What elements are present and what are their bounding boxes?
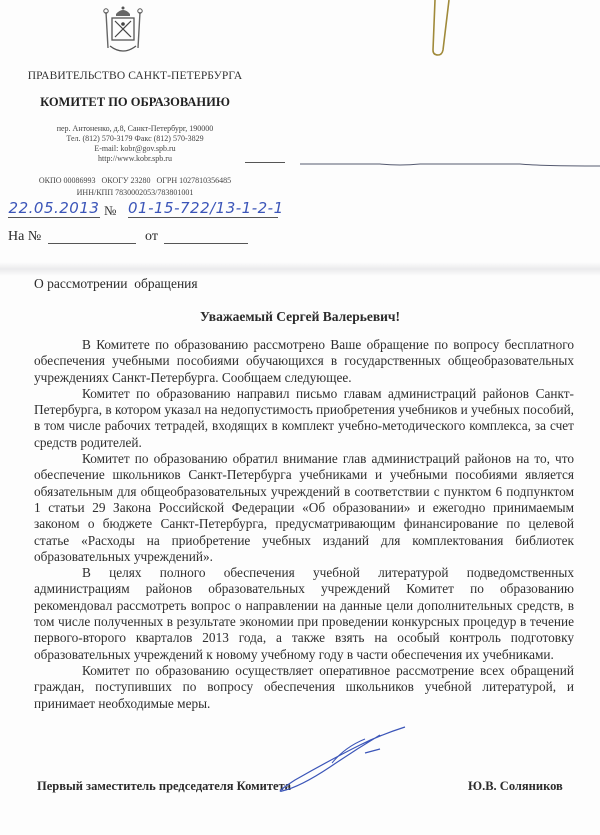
paper-crease bbox=[0, 262, 600, 276]
address: пер. Антоненко, д.8, Санкт-Петербург, 19… bbox=[0, 124, 270, 134]
letter-subject: О рассмотрении обращения bbox=[34, 276, 198, 292]
committee-title: КОМИТЕТ ПО ОБРАЗОВАНИЮ bbox=[0, 95, 270, 110]
paragraph-3: Комитет по образованию обратил внимание … bbox=[34, 451, 574, 565]
paragraph-2: Комитет по образованию направил письмо г… bbox=[34, 386, 574, 451]
outgoing-number: 01-15-722/13-1-2-1 bbox=[128, 199, 278, 218]
paragraph-1: В Комитете по образованию рассмотрено Ва… bbox=[34, 337, 574, 386]
letter-body: В Комитете по образованию рассмотрено Ва… bbox=[34, 337, 574, 712]
paperclip-icon bbox=[430, 0, 452, 56]
paragraph-4: В целях полного обеспечения учебной лите… bbox=[34, 565, 574, 663]
reply-to-number-field bbox=[48, 243, 136, 244]
phone-fax: Тел. (812) 570-3179 Факс (812) 570-3829 bbox=[0, 134, 270, 144]
coat-of-arms-emblem bbox=[98, 4, 148, 56]
reply-to-date-field bbox=[164, 243, 248, 244]
contact-block: пер. Антоненко, д.8, Санкт-Петербург, 19… bbox=[0, 124, 270, 164]
contact-underline bbox=[245, 162, 285, 163]
signatory-position: Первый заместитель председателя Комитета bbox=[37, 779, 291, 794]
handwritten-signature bbox=[270, 725, 420, 795]
paragraph-5: Комитет по образованию осуществляет опер… bbox=[34, 663, 574, 712]
number-sign: № bbox=[104, 203, 116, 219]
outgoing-date: 22.05.2013 bbox=[8, 199, 100, 218]
okpo-okogu-ogrn: ОКПО 00086993 ОКОГУ 23280 ОГРН 102781035… bbox=[0, 175, 270, 187]
government-title: ПРАВИТЕЛЬСТВО САНКТ-ПЕТЕРБУРГА bbox=[0, 70, 270, 82]
inn-kpp: ИНН/КПП 7830002053/783801001 bbox=[0, 187, 270, 199]
from-label: от bbox=[145, 229, 158, 245]
signatory-name: Ю.В. Соляников bbox=[468, 779, 563, 794]
email: E-mail: kobr@gov.spb.ru bbox=[0, 144, 270, 154]
reply-to-label: На № bbox=[8, 229, 41, 245]
registry-codes: ОКПО 00086993 ОКОГУ 23280 ОГРН 102781035… bbox=[0, 175, 270, 199]
salutation: Уважаемый Сергей Валерьевич! bbox=[0, 309, 600, 325]
website: http://www.kobr.spb.ru bbox=[0, 154, 270, 164]
